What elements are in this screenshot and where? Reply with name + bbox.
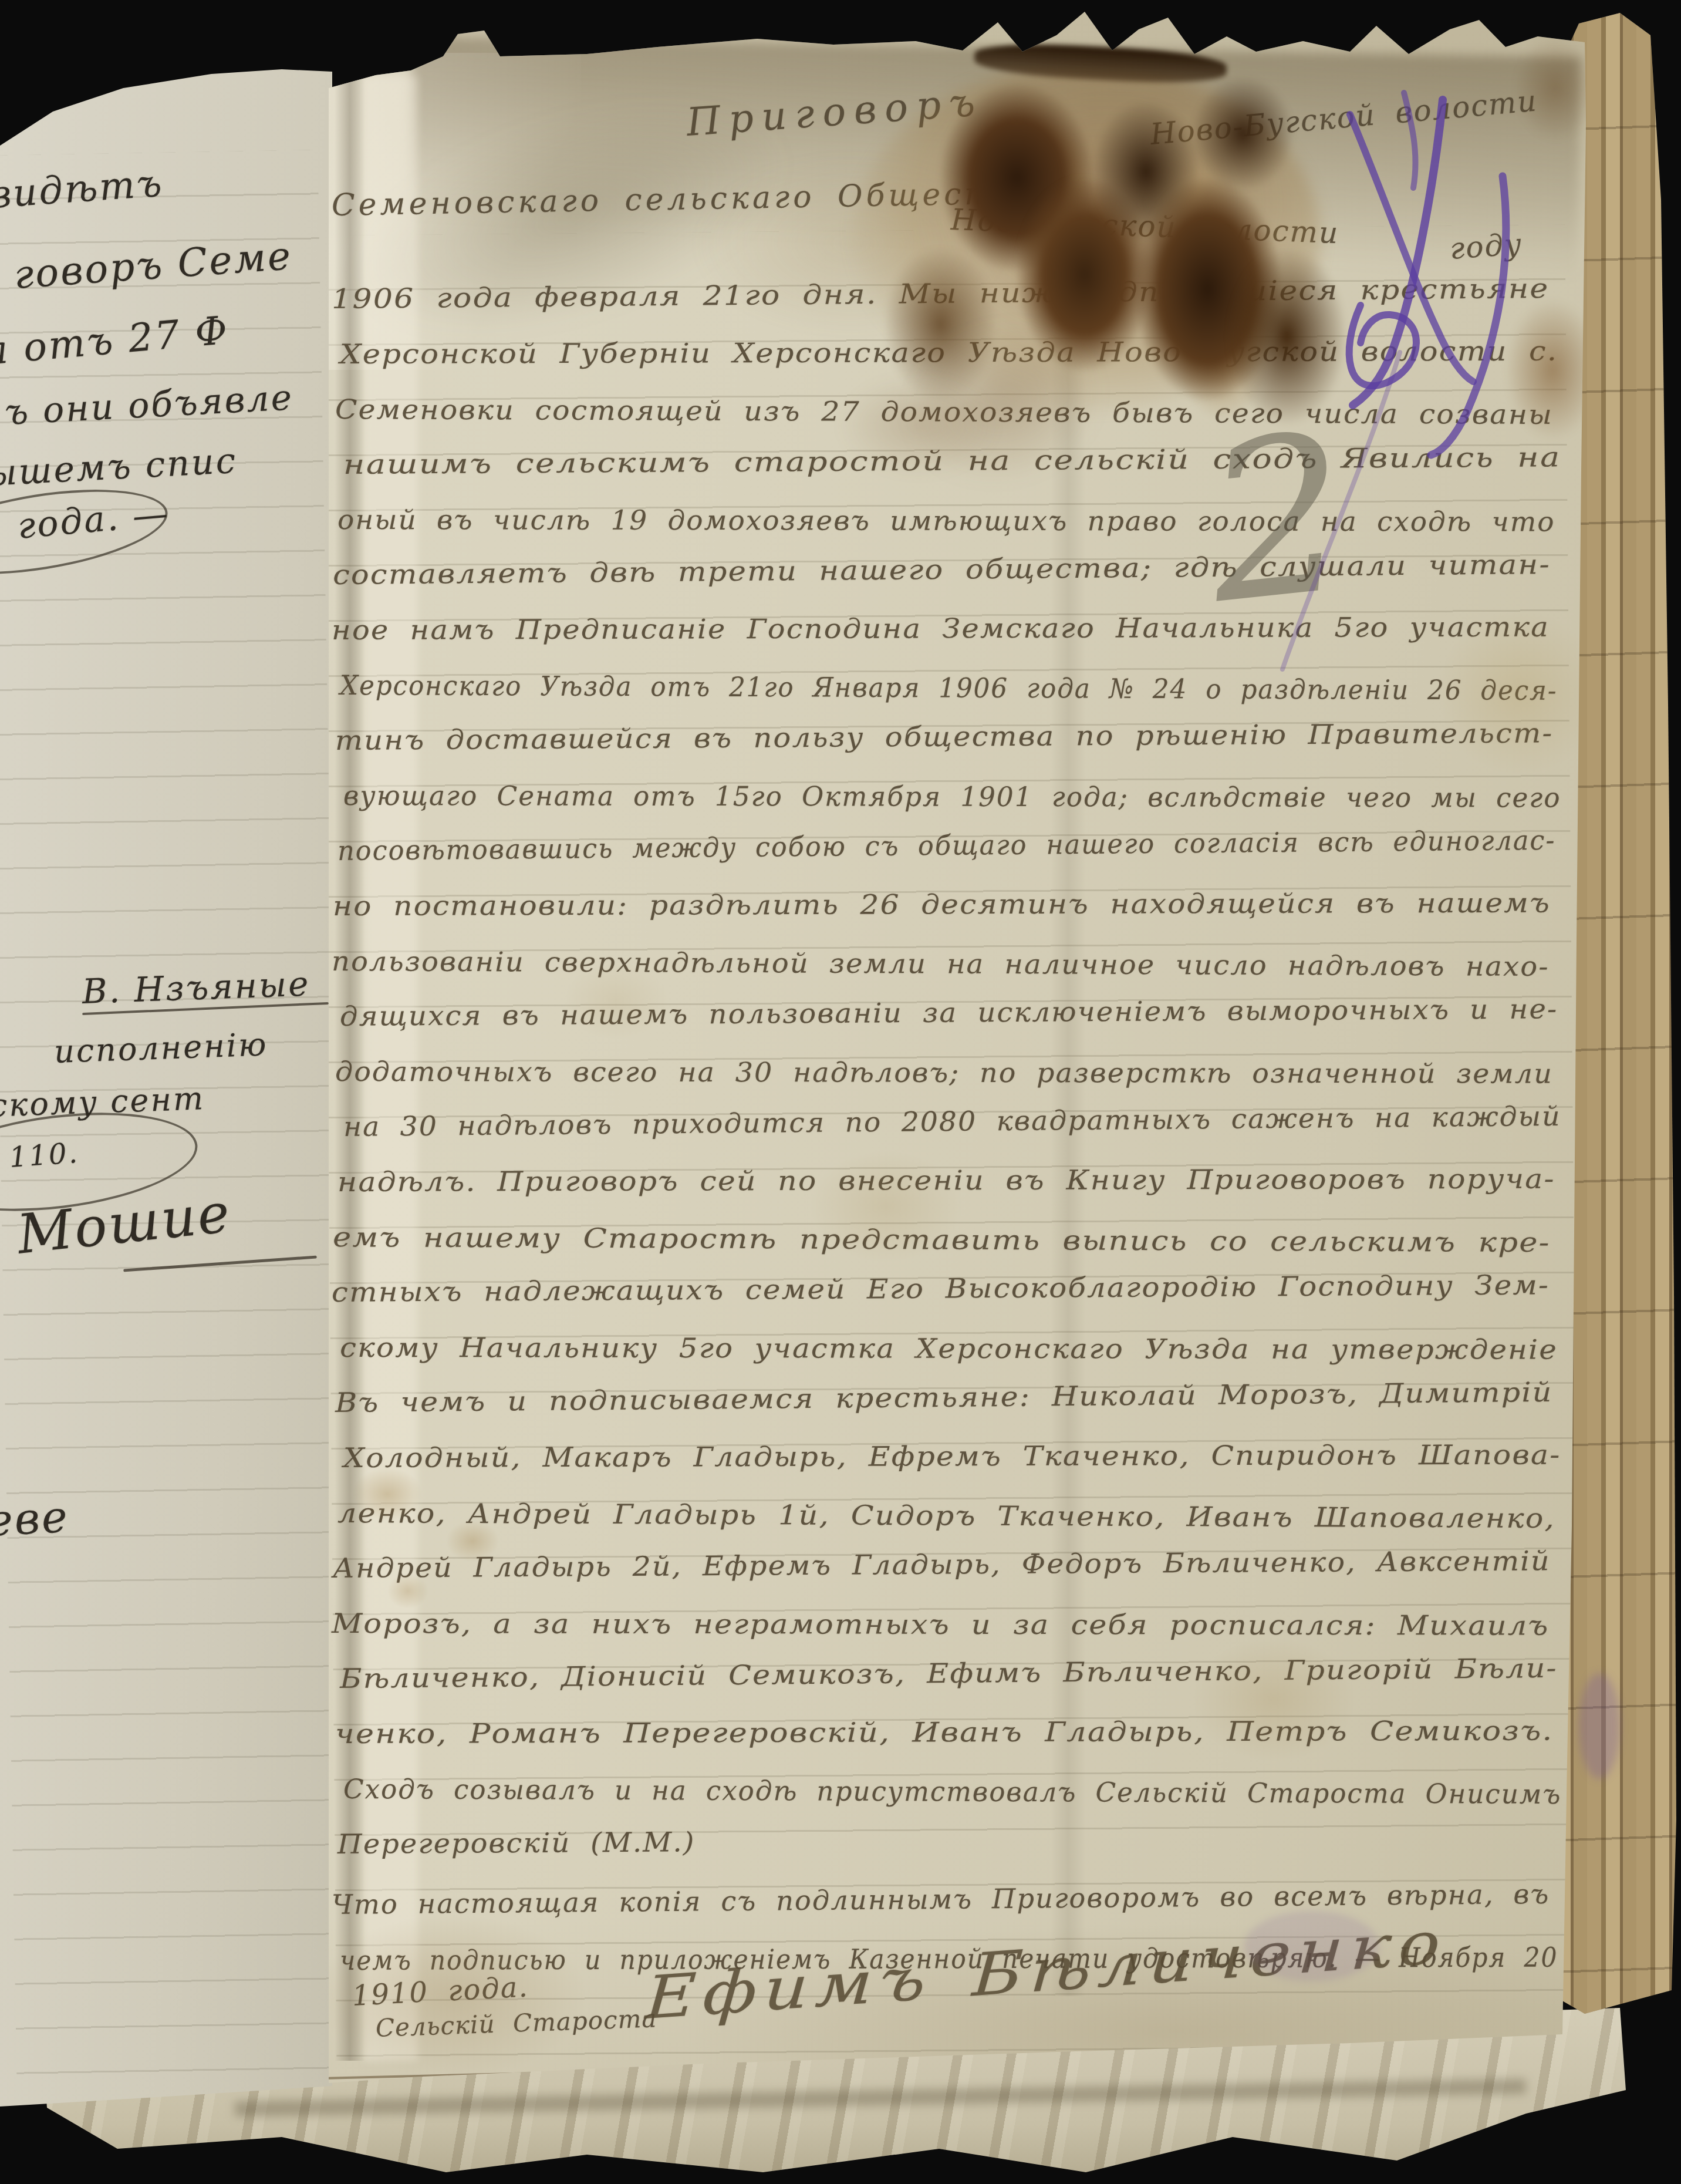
text-line: ленко, Андрей Гладырь 1й, Сидоръ Ткаченк… [337,1497,1555,1534]
text-line: додаточныхъ всего на 30 надѣловъ; по раз… [335,1056,1553,1090]
charred-edge [1191,76,1294,191]
text-line: оный въ числѣ 19 домохозяевъ имѣющихъ пр… [337,504,1555,538]
stain [1191,1638,1356,1761]
left-partial-page: видѣтъговоръ Семеа отъ 27 Фъ они объявле… [0,0,335,2184]
text-line: Херсонскаго Уѣзда отъ 21го Января 1906 г… [340,669,1558,706]
text-line: вующаго Сената отъ 15го Октября 1901 год… [343,780,1561,814]
purple-smudge [1579,1673,1620,1779]
stain [352,1468,423,1521]
text-line: Морозъ, а за нихъ неграмотныхъ и за себя… [332,1607,1550,1642]
scorch-smear [839,376,998,476]
graphite-numeral: 2 [1198,405,1358,635]
stain [1438,611,1602,775]
stain [810,1151,963,1262]
stain [563,963,669,1039]
subtitle-tail: году [1449,227,1524,266]
text-line: Перегеровскій (М.М.) [337,1826,696,1860]
text-line: Сходъ созывалъ и на сходѣ присутствовалъ… [343,1773,1562,1810]
text-line: ченко, Романъ Перегеровскій, Иванъ Глады… [335,1715,1554,1750]
left-page-text-fragment: исполненію [53,1026,269,1070]
text-line: скому Начальнику 5го участка Херсонскаго… [340,1332,1558,1366]
scanned-document-photo: видѣтъговоръ Семеа отъ 27 Фъ они объявле… [0,0,1681,2184]
left-page-text-fragment: еве [0,1492,70,1546]
text-line: ное намъ Предписаніе Господина Земскаго … [332,611,1550,646]
faded-stamp-smudge [1244,1911,1379,1981]
text-line: Холодный, Макаръ Гладырь, Ефремъ Ткаченк… [343,1439,1561,1474]
stain [387,1573,428,1609]
text-line: пользованіи сверхнадѣльной земли на нали… [332,945,1550,982]
stain [446,1521,499,1562]
singe-mark [1514,35,1596,141]
text-line: но постановили: раздѣлить 26 десятинъ на… [333,887,1551,922]
stain [317,1914,587,2078]
